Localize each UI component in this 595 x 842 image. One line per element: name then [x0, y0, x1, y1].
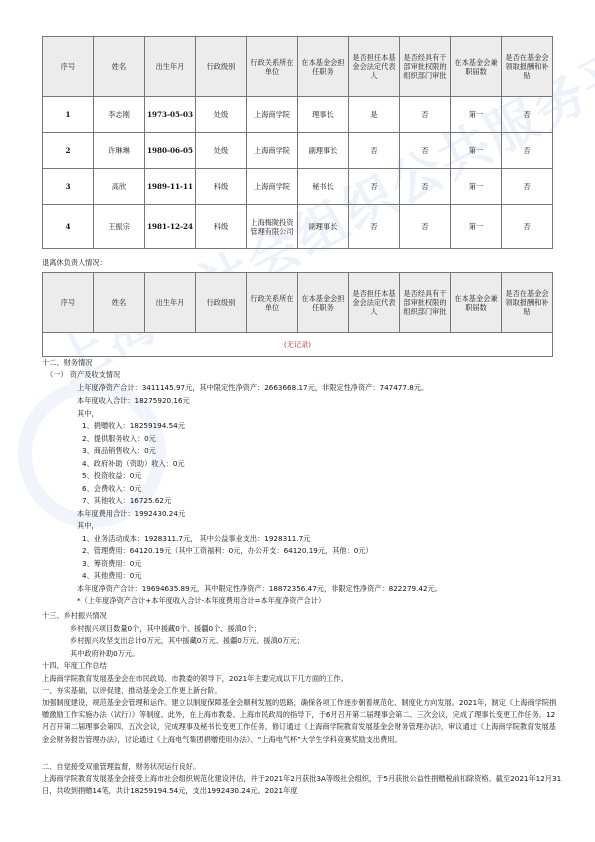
cell-no: 2	[43, 133, 94, 169]
col-header: 是否经具有干部审批权限的组织部门审批	[400, 273, 451, 333]
cell-unit: 上海商学院	[247, 133, 298, 169]
section-12-title: 十二、财务情况	[42, 358, 92, 367]
col-header: 在本基金会担任职务	[298, 273, 349, 333]
cell-no: 3	[43, 169, 94, 205]
table-row: 4 王振宗 1981-12-24 科级 上海梅陇投资管理有限公司 副理事长 否 …	[43, 205, 553, 249]
cell-level: 科级	[196, 169, 247, 205]
table-row: 3 高欣 1989-11-11 科级 上海商学院 秘书长 否 否 第一 否	[43, 169, 553, 205]
cell-legal-rep: 否	[349, 133, 400, 169]
cell-post: 秘书长	[298, 169, 349, 205]
cell-terms: 第一	[451, 97, 502, 133]
cell-legal-rep: 是	[349, 97, 400, 133]
cell-post: 理事长	[298, 97, 349, 133]
cell-paid: 否	[502, 169, 553, 205]
expense-among-label: 其中，	[77, 521, 99, 530]
cell-approved: 否	[400, 97, 451, 133]
col-header: 序号	[43, 273, 94, 333]
document-page: 上海市社会组织公共服务平台 序号 姓名 出生年月 行政级别 行政关系所在单位 在…	[0, 0, 595, 842]
col-header: 是否担任本基金会法定代表人	[349, 273, 400, 333]
cell-level: 处级	[196, 133, 247, 169]
no-record-text: (无记录)	[43, 333, 553, 357]
cell-approved: 否	[400, 169, 451, 205]
expense-item: 1、业务活动成本：1928311.7元， 其中公益事业支出：1928311.7元	[82, 534, 310, 543]
col-header: 序号	[43, 37, 94, 97]
cell-name: 许琳琳	[94, 133, 145, 169]
cell-post: 副理事长	[298, 133, 349, 169]
table-row-empty: (无记录)	[43, 333, 553, 357]
income-item: 1、捐赠收入：18259194.54元	[82, 421, 185, 430]
col-header: 是否在基金会领取报酬和补贴	[502, 37, 553, 97]
cell-unit: 上海梅陇投资管理有限公司	[247, 205, 298, 249]
section-12-subtitle: （一） 资产及收支情况	[46, 370, 120, 379]
col-header: 行政级别	[196, 273, 247, 333]
cell-name: 王振宗	[94, 205, 145, 249]
cell-paid: 否	[502, 205, 553, 249]
income-among-label: 其中，	[77, 409, 99, 418]
summary-intro: 上海商学院教育发展基金会在市民政局、市教委的领导下，2021年主要完成以下几方面…	[42, 674, 348, 683]
income-item: 2、提供服务收入：0元	[82, 434, 156, 443]
col-header: 行政级别	[196, 37, 247, 97]
table-header-row: 序号 姓名 出生年月 行政级别 行政关系所在单位 在本基金会担任职务 是否担任本…	[43, 273, 553, 333]
col-header: 是否经具有干部审批权限的组织部门审批	[400, 37, 451, 97]
cell-birth: 1989-11-11	[145, 169, 196, 205]
net-assets-formula: *（上年度净资产合计+本年度收入合计-本年度费用合计=本年度净资产合计）	[77, 596, 325, 605]
rural-line: 乡村振兴项目数量0个，其中援藏0个、援疆0个、援滇0个；	[70, 624, 261, 633]
cell-legal-rep: 否	[349, 205, 400, 249]
cell-unit: 上海商学院	[247, 97, 298, 133]
prev-year-net-assets: 上年度净资产合计：3411145.97元，其中限定性净资产：2663668.17…	[77, 383, 428, 392]
income-item: 6、会费收入：0元	[82, 484, 141, 493]
cell-name: 高欣	[94, 169, 145, 205]
cell-terms: 第一	[451, 169, 502, 205]
income-item: 7、其他收入：16725.62元	[82, 496, 171, 505]
expense-item: 3、筹资费用：0元	[82, 559, 141, 568]
summary-heading-1: 一、夯实基础，以评促建，推动基金会工作更上新台阶。	[42, 686, 222, 695]
table-row: 1 李志刚 1973-05-03 处级 上海商学院 理事长 是 否 第一 否	[43, 97, 553, 133]
col-header: 行政关系所在单位	[247, 273, 298, 333]
table-header-row: 序号 姓名 出生年月 行政级别 行政关系所在单位 在本基金会担任职务 是否担任本…	[43, 37, 553, 97]
summary-paragraph-1: 加强制度建设，规范基金会管理和运作。建立以制度保障基金会顺利发展的思路，确保各项…	[42, 697, 562, 746]
cell-paid: 否	[502, 133, 553, 169]
col-header: 在本基金会担任职务	[298, 37, 349, 97]
table-row: 2 许琳琳 1980-06-05 处级 上海商学院 副理事长 否 否 第一 否	[43, 133, 553, 169]
col-header: 在本基金会兼职届数	[451, 273, 502, 333]
retired-leaders-label: 退离休负责人情况：	[42, 258, 107, 268]
col-header: 是否担任本基金会法定代表人	[349, 37, 400, 97]
rural-line: 其中政府补助0万元。	[70, 649, 139, 658]
cell-birth: 1981-12-24	[145, 205, 196, 249]
cell-post: 副理事长	[298, 205, 349, 249]
income-total: 本年度收入合计：18275920.16元	[77, 396, 190, 405]
expense-item: 2、管理费用：64120.19元（其中工资福利：0元，办公开支：64120.19…	[82, 546, 373, 555]
cell-name: 李志刚	[94, 97, 145, 133]
cell-unit: 上海商学院	[247, 169, 298, 205]
cell-level: 科级	[196, 205, 247, 249]
col-header: 是否在基金会领取报酬和补贴	[502, 273, 553, 333]
cell-legal-rep: 否	[349, 169, 400, 205]
col-header: 出生年月	[145, 273, 196, 333]
cell-no: 1	[43, 97, 94, 133]
cell-terms: 第一	[451, 133, 502, 169]
col-header: 行政关系所在单位	[247, 37, 298, 97]
expense-item: 4、其他费用：0元	[82, 571, 141, 580]
expense-total: 本年度费用合计：1992430.24元	[77, 509, 185, 518]
col-header: 姓名	[94, 273, 145, 333]
leaders-table: 序号 姓名 出生年月 行政级别 行政关系所在单位 在本基金会担任职务 是否担任本…	[42, 36, 553, 249]
income-item: 3、商品销售收入：0元	[82, 446, 156, 455]
cell-level: 处级	[196, 97, 247, 133]
income-item: 4、政府补助（资助）收入：0元	[82, 459, 185, 468]
summary-paragraph-2: 上海商学院教育发展基金会接受上海市社会组织规范化建设评估，并于2021年2月获批…	[42, 773, 562, 797]
summary-heading-2: 二、自觉接受双重管理监督，财务状况运行良好。	[42, 762, 200, 771]
cell-birth: 1973-05-03	[145, 97, 196, 133]
col-header: 姓名	[94, 37, 145, 97]
col-header: 在本基金会兼职届数	[451, 37, 502, 97]
section-13-title: 十三、乡村振兴情况	[42, 611, 107, 620]
cell-paid: 否	[502, 97, 553, 133]
retired-leaders-table: 序号 姓名 出生年月 行政级别 行政关系所在单位 在本基金会担任职务 是否担任本…	[42, 272, 553, 357]
rural-line: 乡村振兴攻坚支出总计0万元，其中援藏0万元、援疆0万元、援滇0万元；	[70, 636, 304, 645]
income-item: 5、投资收益：0元	[82, 471, 141, 480]
cell-no: 4	[43, 205, 94, 249]
col-header: 出生年月	[145, 37, 196, 97]
cell-approved: 否	[400, 205, 451, 249]
section-14-title: 十四、年度工作总结	[42, 661, 107, 670]
cell-terms: 第一	[451, 205, 502, 249]
cell-approved: 否	[400, 133, 451, 169]
cell-birth: 1980-06-05	[145, 133, 196, 169]
current-year-net-assets: 本年度净资产合计：19694635.89元，其中限定性净资产：18872356.…	[77, 584, 442, 593]
